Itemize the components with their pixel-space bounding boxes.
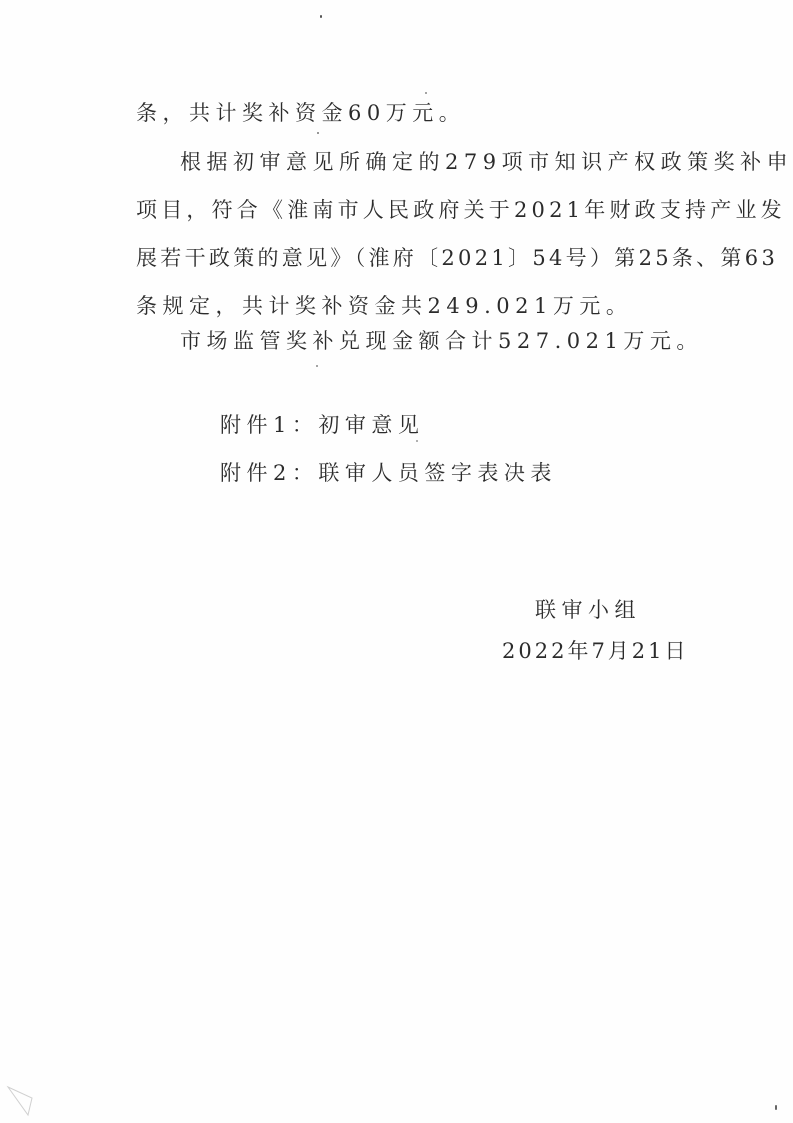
signature-date: 2022年7月21日 <box>502 638 689 664</box>
scan-speck <box>425 92 427 94</box>
paragraph-2-line-1: 根据初审意见所确定的279项市知识产权政策奖补申报 <box>180 149 793 175</box>
scan-speck <box>416 440 418 442</box>
paragraph-2-line-2: 项目，符合《淮南市人民政府关于2021年财政支持产业发 <box>136 197 786 223</box>
scan-speck <box>317 132 319 134</box>
attachment-1: 附件1：初审意见 <box>220 412 424 438</box>
attachment-2: 附件2：联审人员签字表决表 <box>220 460 557 486</box>
paragraph-1-tail: 条，共计奖补资金60万元。 <box>136 100 465 126</box>
document-page: 条，共计奖补资金60万元。 根据初审意见所确定的279项市知识产权政策奖补申报 … <box>0 0 793 1123</box>
paragraph-3-total: 市场监管奖补兑现金额合计527.021万元。 <box>180 328 703 354</box>
scan-speck <box>316 365 318 367</box>
paragraph-2-line-4: 条规定，共计奖补资金共249.021万元。 <box>136 293 632 319</box>
scan-speck <box>775 1105 777 1110</box>
scan-speck <box>320 15 322 18</box>
page-corner-fold-mark <box>6 1083 34 1117</box>
paragraph-2-line-3: 展若干政策的意见》（淮府〔2021〕54号）第25条、第63 <box>136 245 778 271</box>
signature-org: 联审小组 <box>535 597 641 623</box>
